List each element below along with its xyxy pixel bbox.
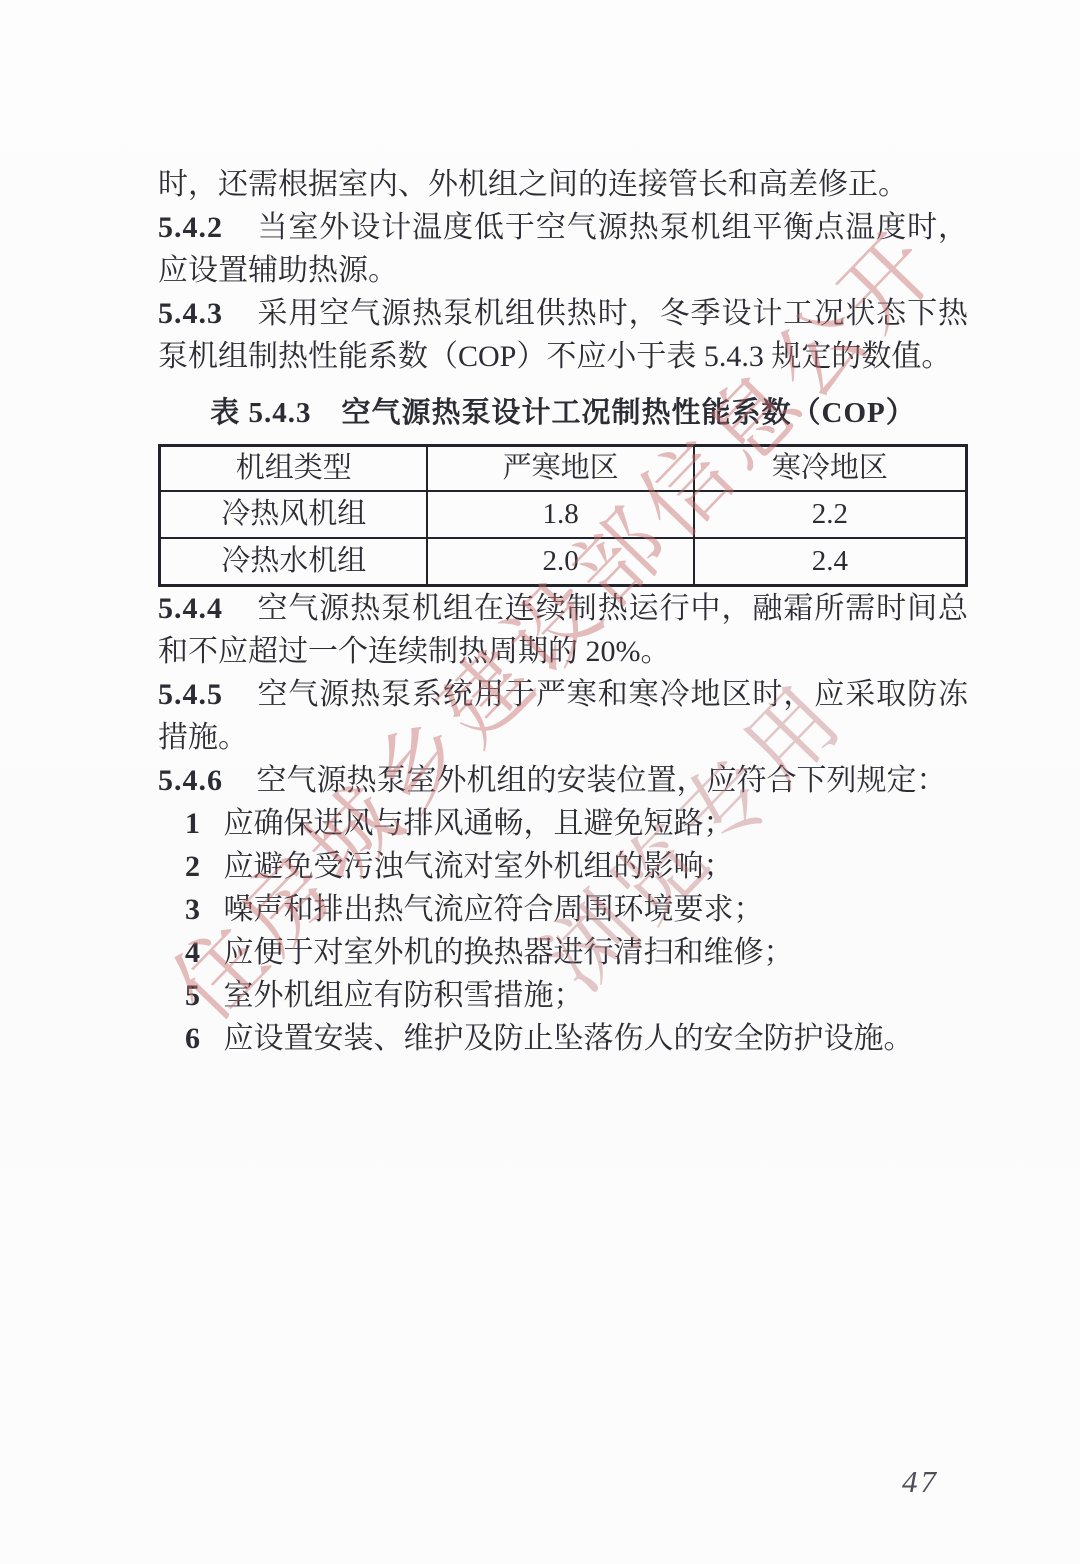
list-item-text: 室外机组应有防积雪措施； — [224, 979, 584, 1012]
intro-paragraph: 时，还需根据室内、外机组之间的连接管长和高差修正。 — [158, 163, 968, 206]
list-item-text: 应避免受污浊气流对室外机组的影响； — [224, 850, 734, 883]
list-item: 6 应设置安装、维护及防止坠落伤人的安全防护设施。 — [158, 1017, 968, 1060]
cell-unit-type: 冷热水机组 — [160, 538, 428, 585]
clause-text: 当室外设计温度低于空气源热泵机组平衡点温度时，应设置辅助热源。 — [158, 211, 968, 287]
list-item-number: 3 — [185, 893, 200, 926]
list-item-number: 4 — [185, 936, 200, 969]
document-body: 时，还需根据室内、外机组之间的连接管长和高差修正。 5.4.2 当室外设计温度低… — [158, 163, 968, 1060]
list-item: 5 室外机组应有防积雪措施； — [158, 974, 968, 1017]
clause-number: 5.4.3 — [158, 297, 223, 330]
cell-unit-type: 冷热风机组 — [160, 491, 428, 538]
table-title: 表 5.4.3 空气源热泵设计工况制热性能系数（COP） — [158, 392, 968, 435]
header-cell-severe-cold-region: 严寒地区 — [427, 446, 693, 492]
cell-value: 2.4 — [694, 538, 967, 585]
clause-number: 5.4.2 — [158, 211, 223, 244]
cell-value: 2.2 — [694, 491, 967, 538]
list-item-text: 应确保进风与排风通畅，且避免短路； — [224, 807, 734, 840]
list-item: 2 应避免受污浊气流对室外机组的影响； — [158, 845, 968, 888]
clause-number: 5.4.5 — [158, 678, 223, 711]
clause-text: 空气源热泵系统用于严寒和寒冷地区时，应采取防冻措施。 — [158, 678, 968, 754]
list-item: 4 应便于对室外机的换热器进行清扫和维修； — [158, 931, 968, 974]
clause-5-4-2: 5.4.2 当室外设计温度低于空气源热泵机组平衡点温度时，应设置辅助热源。 — [158, 206, 968, 292]
list-item-text: 应设置安装、维护及防止坠落伤人的安全防护设施。 — [224, 1022, 914, 1055]
clause-5-4-3: 5.4.3 采用空气源热泵机组供热时，冬季设计工况状态下热泵机组制热性能系数（C… — [158, 292, 968, 378]
list-item-text: 应便于对室外机的换热器进行清扫和维修； — [224, 936, 794, 969]
table-row: 冷热风机组 1.8 2.2 — [160, 491, 967, 538]
list-item-number: 1 — [185, 807, 200, 840]
header-cell-cold-region: 寒冷地区 — [694, 446, 967, 492]
clause-5-4-4: 5.4.4 空气源热泵机组在连续制热运行中，融霜所需时间总和不应超过一个连续制热… — [158, 587, 968, 673]
cop-table: 机组类型 严寒地区 寒冷地区 冷热风机组 1.8 2.2 冷热水机组 2.0 2… — [158, 444, 968, 587]
requirements-list: 1 应确保进风与排风通畅，且避免短路； 2 应避免受污浊气流对室外机组的影响； … — [158, 802, 968, 1060]
list-item-number: 2 — [185, 850, 200, 883]
table-row: 冷热水机组 2.0 2.4 — [160, 538, 967, 585]
list-item-text: 噪声和排出热气流应符合周围环境要求； — [224, 893, 764, 926]
list-item-number: 5 — [185, 979, 200, 1012]
list-item-number: 6 — [185, 1022, 200, 1055]
clause-text: 采用空气源热泵机组供热时，冬季设计工况状态下热泵机组制热性能系数（COP）不应小… — [158, 297, 968, 373]
clause-5-4-6: 5.4.6 空气源热泵室外机组的安装位置，应符合下列规定： — [158, 759, 968, 802]
page-number: 47 — [902, 1464, 939, 1500]
header-cell-unit-type: 机组类型 — [160, 446, 428, 492]
clause-number: 5.4.6 — [158, 764, 223, 797]
cell-value: 2.0 — [427, 538, 693, 585]
list-item: 1 应确保进风与排风通畅，且避免短路； — [158, 802, 968, 845]
clause-text: 空气源热泵机组在连续制热运行中，融霜所需时间总和不应超过一个连续制热周期的 20… — [158, 592, 968, 668]
clause-5-4-5: 5.4.5 空气源热泵系统用于严寒和寒冷地区时，应采取防冻措施。 — [158, 673, 968, 759]
intro-text: 时，还需根据室内、外机组之间的连接管长和高差修正。 — [158, 168, 908, 201]
table-header-row: 机组类型 严寒地区 寒冷地区 — [160, 446, 967, 492]
clause-number: 5.4.4 — [158, 592, 223, 625]
scanned-document-page: { "content": { "intro": "时，还需根据室内、外机组之间的… — [0, 0, 1080, 1564]
cell-value: 1.8 — [427, 491, 693, 538]
list-item: 3 噪声和排出热气流应符合周围环境要求； — [158, 888, 968, 931]
clause-text: 空气源热泵室外机组的安装位置，应符合下列规定： — [257, 764, 947, 797]
